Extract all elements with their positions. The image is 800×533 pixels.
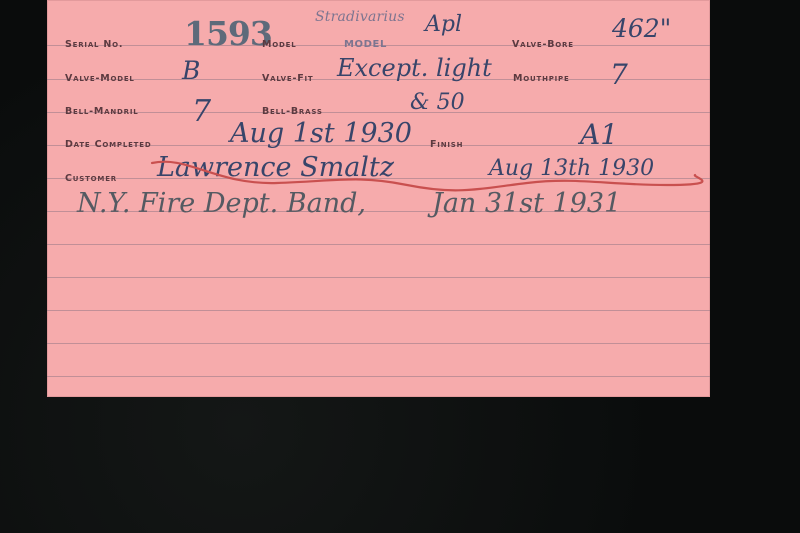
ruled-line — [47, 244, 710, 245]
valve-model-label: Valve-Model — [65, 73, 135, 84]
finish-value: A1 — [580, 118, 618, 151]
valve-bore-value: 462" — [612, 14, 671, 43]
ruled-line — [47, 376, 710, 377]
customer-second-date: Jan 31st 1931 — [432, 188, 621, 219]
bell-brass-label: Bell-Brass — [262, 106, 323, 117]
valve-bore-label: Valve-Bore — [512, 39, 574, 50]
model-stamp: MODEL — [344, 39, 387, 50]
mouthpipe-value: 7 — [610, 58, 628, 91]
customer-original-name: Lawrence Smaltz — [157, 152, 394, 183]
serial-number-value: 1593 — [184, 14, 272, 53]
date-completed-label: Date Completed — [65, 139, 151, 150]
ruled-line — [47, 277, 710, 278]
maker-stamp: Stradivarius — [315, 9, 405, 25]
ruled-line — [47, 343, 710, 344]
valve-model-value: B — [182, 56, 200, 85]
valve-fit-value: Except. light — [337, 54, 492, 82]
customer-original-date: Aug 13th 1930 — [489, 156, 654, 181]
bell-brass-value: & 50 — [410, 90, 465, 115]
finish-label: Finish — [430, 139, 463, 150]
ruled-line — [47, 112, 710, 113]
customer-label: Customer — [65, 173, 117, 184]
customer-second-name: N.Y. Fire Dept. Band, — [77, 188, 366, 219]
model-handwritten: Apl — [425, 12, 462, 37]
serial-no-label: Serial No. — [65, 39, 123, 50]
date-completed-value: Aug 1st 1930 — [230, 118, 412, 149]
valve-fit-label: Valve-Fit — [262, 73, 313, 84]
mouthpipe-label: Mouthpipe — [513, 73, 570, 84]
instrument-record-card: Serial No. 1593 Model Stradivarius MODEL… — [47, 0, 710, 397]
bell-mandril-label: Bell-Mandril — [65, 106, 138, 117]
bell-mandril-value: 7 — [192, 94, 211, 129]
ruled-line — [47, 310, 710, 311]
model-label: Model — [262, 39, 296, 50]
